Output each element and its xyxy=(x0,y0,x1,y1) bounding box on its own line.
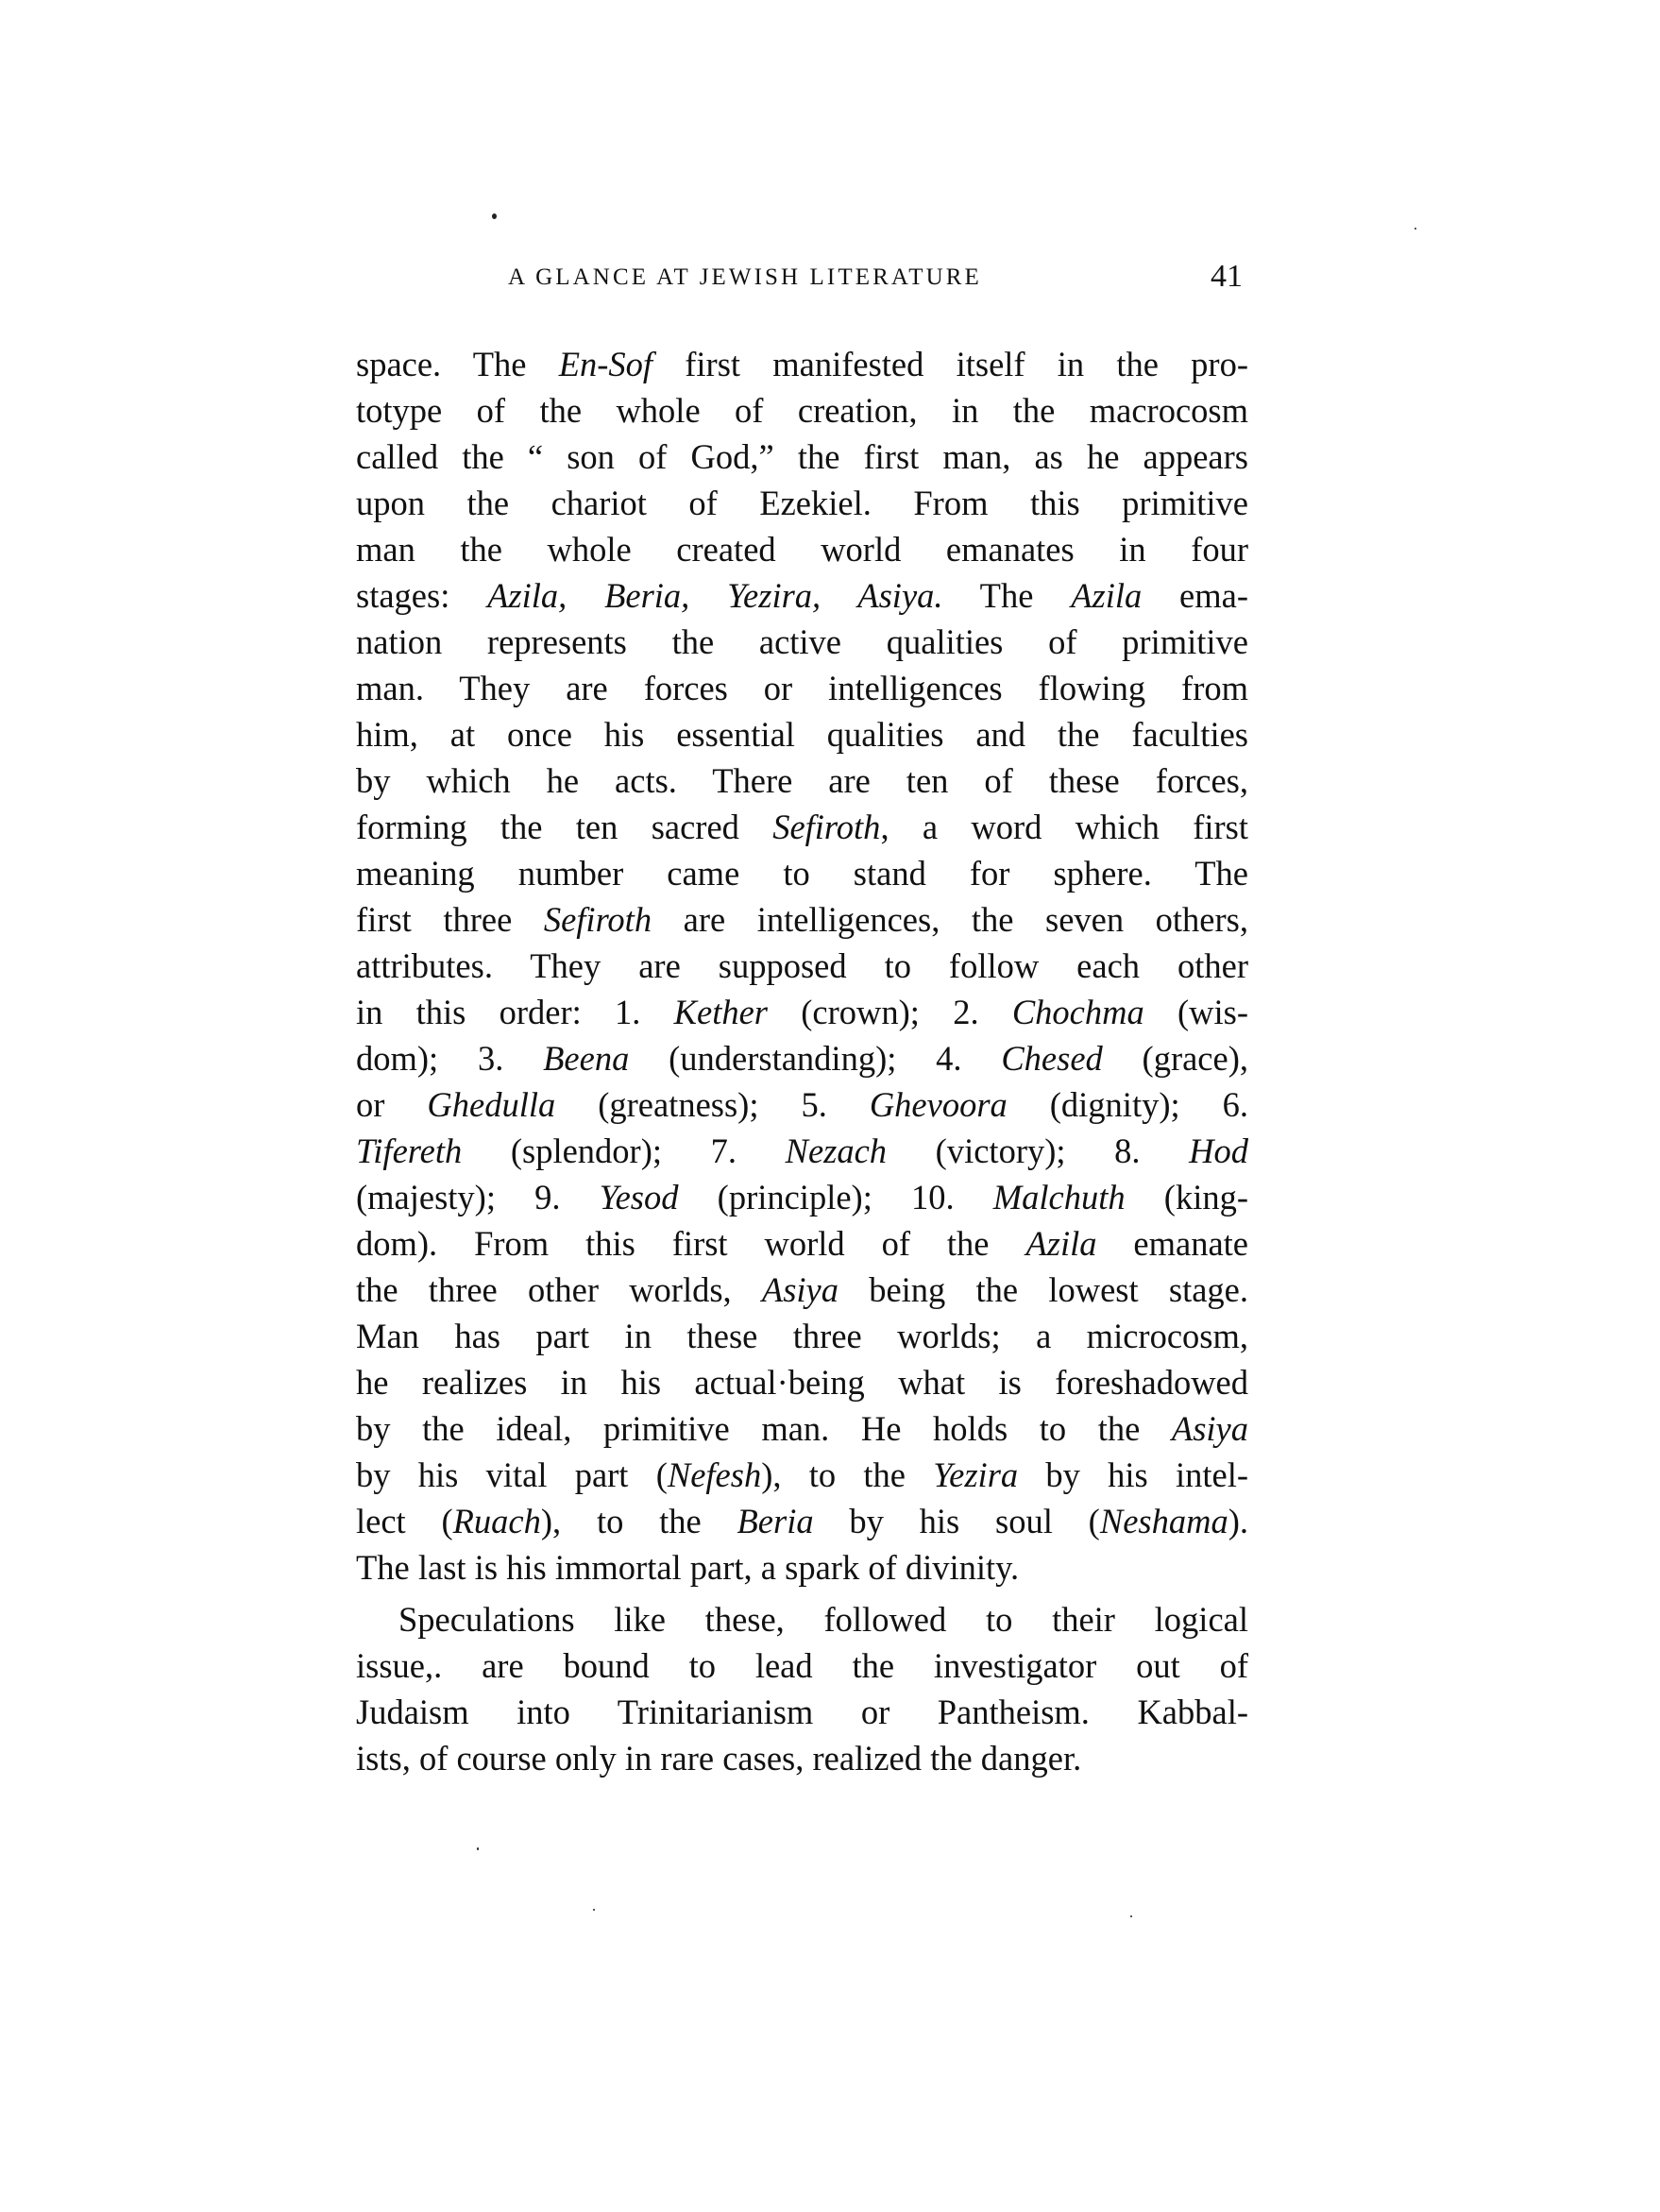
italic-term: Ghedulla xyxy=(427,1085,555,1124)
italic-term: Neshama xyxy=(1100,1502,1228,1540)
text-run: totype of the whole of creation, in the … xyxy=(356,391,1248,430)
italic-term: Chesed xyxy=(1001,1039,1102,1078)
text-run: The last is his immortal part, a spark o… xyxy=(356,1548,1019,1587)
text-run: ema- xyxy=(1142,576,1248,615)
text-line: lect (Ruach), to the Beria by his soul (… xyxy=(356,1498,1248,1544)
text-run: meaning number came to stand for sphere.… xyxy=(356,854,1248,893)
text-line: issue,. are bound to lead the investigat… xyxy=(356,1642,1248,1689)
italic-term: Kether xyxy=(674,993,768,1031)
text-run: (splendor); 7. xyxy=(462,1132,785,1170)
text-run: (greatness); 5. xyxy=(555,1085,870,1124)
text-run: him, at once his essential qualities and… xyxy=(356,715,1248,754)
text-line: by his vital part (Nefesh), to the Yezir… xyxy=(356,1452,1248,1498)
text-run: lect ( xyxy=(356,1502,453,1540)
text-run: stages: xyxy=(356,576,487,615)
text-line: (majesty); 9. Yesod (principle); 10. Mal… xyxy=(356,1174,1248,1220)
text-line: him, at once his essential qualities and… xyxy=(356,711,1248,757)
italic-term: Nefesh xyxy=(668,1455,761,1494)
text-line: by the ideal, primitive man. He holds to… xyxy=(356,1405,1248,1452)
text-run: (principle); 10. xyxy=(679,1178,993,1217)
text-run: by his soul ( xyxy=(814,1502,1100,1540)
italic-term: Beena xyxy=(543,1039,629,1078)
text-run: or xyxy=(356,1085,427,1124)
text-run: (king- xyxy=(1126,1178,1248,1217)
scan-speck xyxy=(492,213,497,219)
text-run: space. The xyxy=(356,345,559,383)
text-line: Tifereth (splendor); 7. Nezach (victory)… xyxy=(356,1128,1248,1174)
scan-speck xyxy=(477,1847,479,1850)
italic-term: Chochma xyxy=(1012,993,1144,1031)
italic-term: Tifereth xyxy=(356,1132,462,1170)
text-run: by his vital part ( xyxy=(356,1455,668,1494)
text-run: , a word which first xyxy=(880,808,1248,846)
text-line: space. The En-Sof first manifested itsel… xyxy=(356,341,1248,387)
text-run: emanate xyxy=(1096,1224,1248,1263)
text-run: man the whole created world emanates in … xyxy=(356,530,1248,569)
scan-speck xyxy=(593,1909,595,1911)
text-line: The last is his immortal part, a spark o… xyxy=(356,1544,1248,1591)
text-run: forming the ten sacred xyxy=(356,808,772,846)
italic-term: Ruach xyxy=(453,1502,541,1540)
italic-term: Asiya xyxy=(762,1270,838,1309)
text-run: (victory); 8. xyxy=(887,1132,1189,1170)
text-line: dom). From this first world of the Azila… xyxy=(356,1220,1248,1267)
italic-term: Azila, Beria, Yezira, Asiya. xyxy=(487,576,942,615)
text-run: first manifested itself in the pro- xyxy=(652,345,1248,383)
italic-term: Sefiroth xyxy=(544,900,652,939)
text-line: Speculations like these, followed to the… xyxy=(356,1596,1248,1642)
text-line: Man has part in these three worlds; a mi… xyxy=(356,1313,1248,1359)
text-run: by the ideal, primitive man. He holds to… xyxy=(356,1409,1172,1448)
text-line: he realizes in his actual·being what is … xyxy=(356,1359,1248,1405)
italic-term: Yezira xyxy=(933,1455,1018,1494)
text-line: called the “ son of God,” the first man,… xyxy=(356,434,1248,480)
body-text: space. The En-Sof first manifested itsel… xyxy=(356,341,1248,1781)
italic-term: Azila xyxy=(1025,1224,1096,1263)
page-number: 41 xyxy=(1211,259,1243,295)
scan-speck xyxy=(1414,228,1416,230)
text-line: dom); 3. Beena (understanding); 4. Chese… xyxy=(356,1035,1248,1081)
text-line: ists, of course only in rare cases, real… xyxy=(356,1735,1248,1781)
text-line: meaning number came to stand for sphere.… xyxy=(356,850,1248,896)
italic-term: Sefiroth xyxy=(772,808,880,846)
text-line: by which he acts. There are ten of these… xyxy=(356,757,1248,804)
text-run: ). xyxy=(1228,1502,1248,1540)
text-line: Judaism into Trinitarianism or Pantheism… xyxy=(356,1689,1248,1735)
text-line: forming the ten sacred Sefiroth, a word … xyxy=(356,804,1248,850)
text-line: nation represents the active qualities o… xyxy=(356,619,1248,665)
text-run: (wis- xyxy=(1144,993,1248,1031)
paragraph: Speculations like these, followed to the… xyxy=(356,1596,1248,1781)
text-run: man. They are forces or intelligences fl… xyxy=(356,669,1248,707)
scan-speck xyxy=(1130,1915,1132,1917)
text-run: (dignity); 6. xyxy=(1008,1085,1248,1124)
text-run: the three other worlds, xyxy=(356,1270,762,1309)
text-run: are intelligences, the seven others, xyxy=(652,900,1248,939)
text-line: man the whole created world emanates in … xyxy=(356,526,1248,572)
running-head: A Glance at Jewish Literature 41 xyxy=(356,261,1248,295)
text-run: (crown); 2. xyxy=(768,993,1012,1031)
text-run: by his intel- xyxy=(1018,1455,1248,1494)
text-run: issue,. are bound to lead the investigat… xyxy=(356,1646,1248,1685)
italic-term: Beria xyxy=(737,1502,814,1540)
text-run: Judaism into Trinitarianism or Pantheism… xyxy=(356,1693,1248,1731)
text-line: attributes. They are supposed to follow … xyxy=(356,943,1248,989)
text-run: he realizes in his actual·being what is … xyxy=(356,1363,1248,1402)
text-run: first three xyxy=(356,900,544,939)
text-run: dom); 3. xyxy=(356,1039,543,1078)
text-run: called the “ son of God,” the first man,… xyxy=(356,437,1248,476)
text-run: Man has part in these three worlds; a mi… xyxy=(356,1317,1248,1355)
italic-term: Yesod xyxy=(600,1178,679,1217)
italic-term: En-Sof xyxy=(559,345,652,383)
italic-term: Asiya xyxy=(1172,1409,1248,1448)
text-line: totype of the whole of creation, in the … xyxy=(356,387,1248,434)
italic-term: Hod xyxy=(1189,1132,1248,1170)
text-line: in this order: 1. Kether (crown); 2. Cho… xyxy=(356,989,1248,1035)
text-run: dom). From this first world of the xyxy=(356,1224,1025,1263)
text-run: by which he acts. There are ten of these… xyxy=(356,761,1248,800)
text-run: (grace), xyxy=(1103,1039,1248,1078)
text-line: or Ghedulla (greatness); 5. Ghevoora (di… xyxy=(356,1081,1248,1128)
text-run: ists, of course only in rare cases, real… xyxy=(356,1739,1081,1778)
text-run: ), to the xyxy=(761,1455,933,1494)
text-run: upon the chariot of Ezekiel. From this p… xyxy=(356,484,1248,522)
text-run: being the lowest stage. xyxy=(838,1270,1248,1309)
text-run: in this order: 1. xyxy=(356,993,674,1031)
text-run: ), to the xyxy=(541,1502,737,1540)
text-run: attributes. They are supposed to follow … xyxy=(356,946,1248,985)
text-line: upon the chariot of Ezekiel. From this p… xyxy=(356,480,1248,526)
text-line: man. They are forces or intelligences fl… xyxy=(356,665,1248,711)
text-line: the three other worlds, Asiya being the … xyxy=(356,1267,1248,1313)
text-line: stages: Azila, Beria, Yezira, Asiya. The… xyxy=(356,572,1248,619)
text-line: first three Sefiroth are intelligences, … xyxy=(356,896,1248,943)
italic-term: Nezach xyxy=(786,1132,887,1170)
paragraph: space. The En-Sof first manifested itsel… xyxy=(356,341,1248,1591)
book-page: A Glance at Jewish Literature 41 space. … xyxy=(0,0,1660,2212)
text-run: (understanding); 4. xyxy=(629,1039,1001,1078)
text-run: Speculations like these, followed to the… xyxy=(398,1600,1248,1639)
italic-term: Malchuth xyxy=(993,1178,1126,1217)
running-title: A Glance at Jewish Literature xyxy=(508,264,982,291)
text-run: The xyxy=(943,576,1072,615)
text-run: nation represents the active qualities o… xyxy=(356,622,1248,661)
italic-term: Ghevoora xyxy=(870,1085,1008,1124)
italic-term: Azila xyxy=(1071,576,1142,615)
text-run: (majesty); 9. xyxy=(356,1178,600,1217)
